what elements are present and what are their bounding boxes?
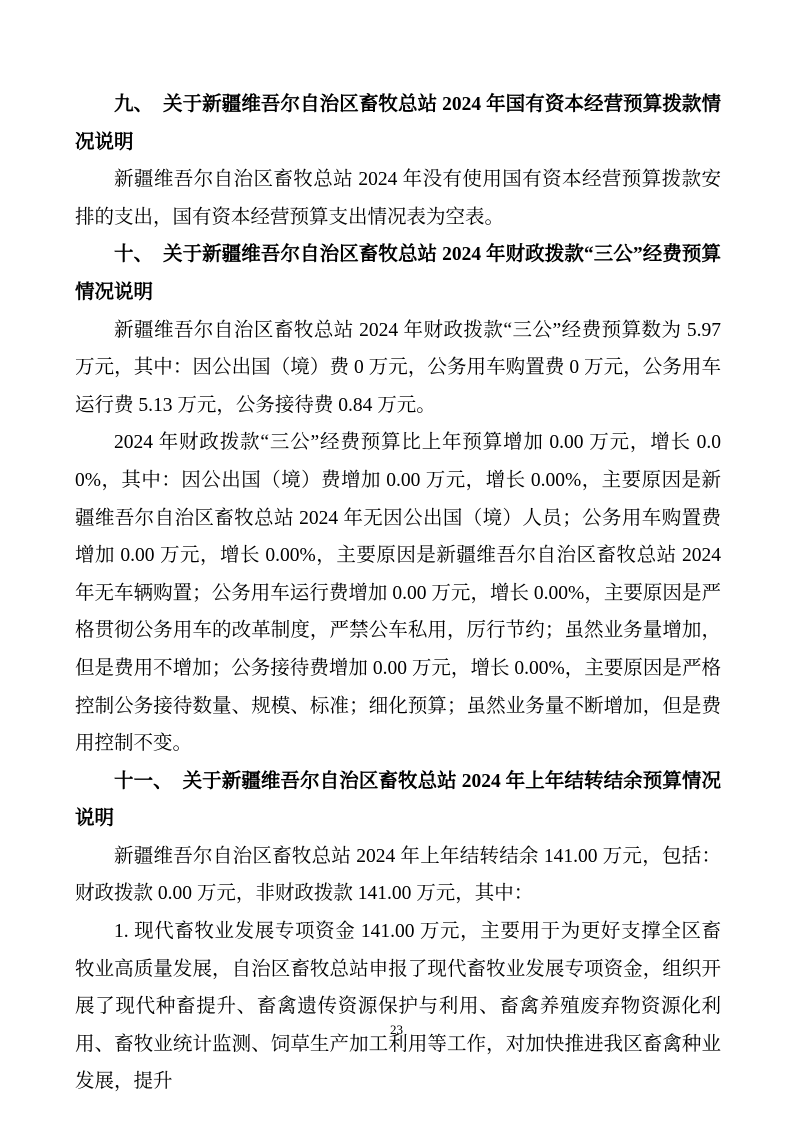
- para-carryover-item-1-modern-husbandry-fund: 1. 现代畜牧业发展专项资金 141.00 万元，主要用于为更好支撑全区畜牧业高…: [75, 913, 721, 1101]
- heading-section-10-three-public-expenses: 十、 关于新疆维吾尔自治区畜牧总站 2024 年财政拨款“三公”经费预算情况说明: [75, 236, 721, 311]
- document-body: 九、 关于新疆维吾尔自治区畜牧总站 2024 年国有资本经营预算拨款情况说明 新…: [75, 86, 721, 1101]
- heading-section-9-state-capital-budget: 九、 关于新疆维吾尔自治区畜牧总站 2024 年国有资本经营预算拨款情况说明: [75, 86, 721, 161]
- heading-section-11-carryover-balance: 十一、 关于新疆维吾尔自治区畜牧总站 2024 年上年结转结余预算情况说明: [75, 763, 721, 838]
- para-carryover-summary: 新疆维吾尔自治区畜牧总站 2024 年上年结转结余 141.00 万元，包括：财…: [75, 838, 721, 913]
- para-three-public-budget-change-analysis: 2024 年财政拨款“三公”经费预算比上年预算增加 0.00 万元，增长 0.0…: [75, 424, 721, 762]
- para-three-public-budget-figures: 新疆维吾尔自治区畜牧总站 2024 年财政拨款“三公”经费预算数为 5.97 万…: [75, 312, 721, 425]
- para-section-9-body: 新疆维吾尔自治区畜牧总站 2024 年没有使用国有资本经营预算拨款安排的支出，国…: [75, 161, 721, 236]
- document-page: 九、 关于新疆维吾尔自治区畜牧总站 2024 年国有资本经营预算拨款情况说明 新…: [0, 0, 793, 1122]
- page-number: 23: [0, 1021, 793, 1039]
